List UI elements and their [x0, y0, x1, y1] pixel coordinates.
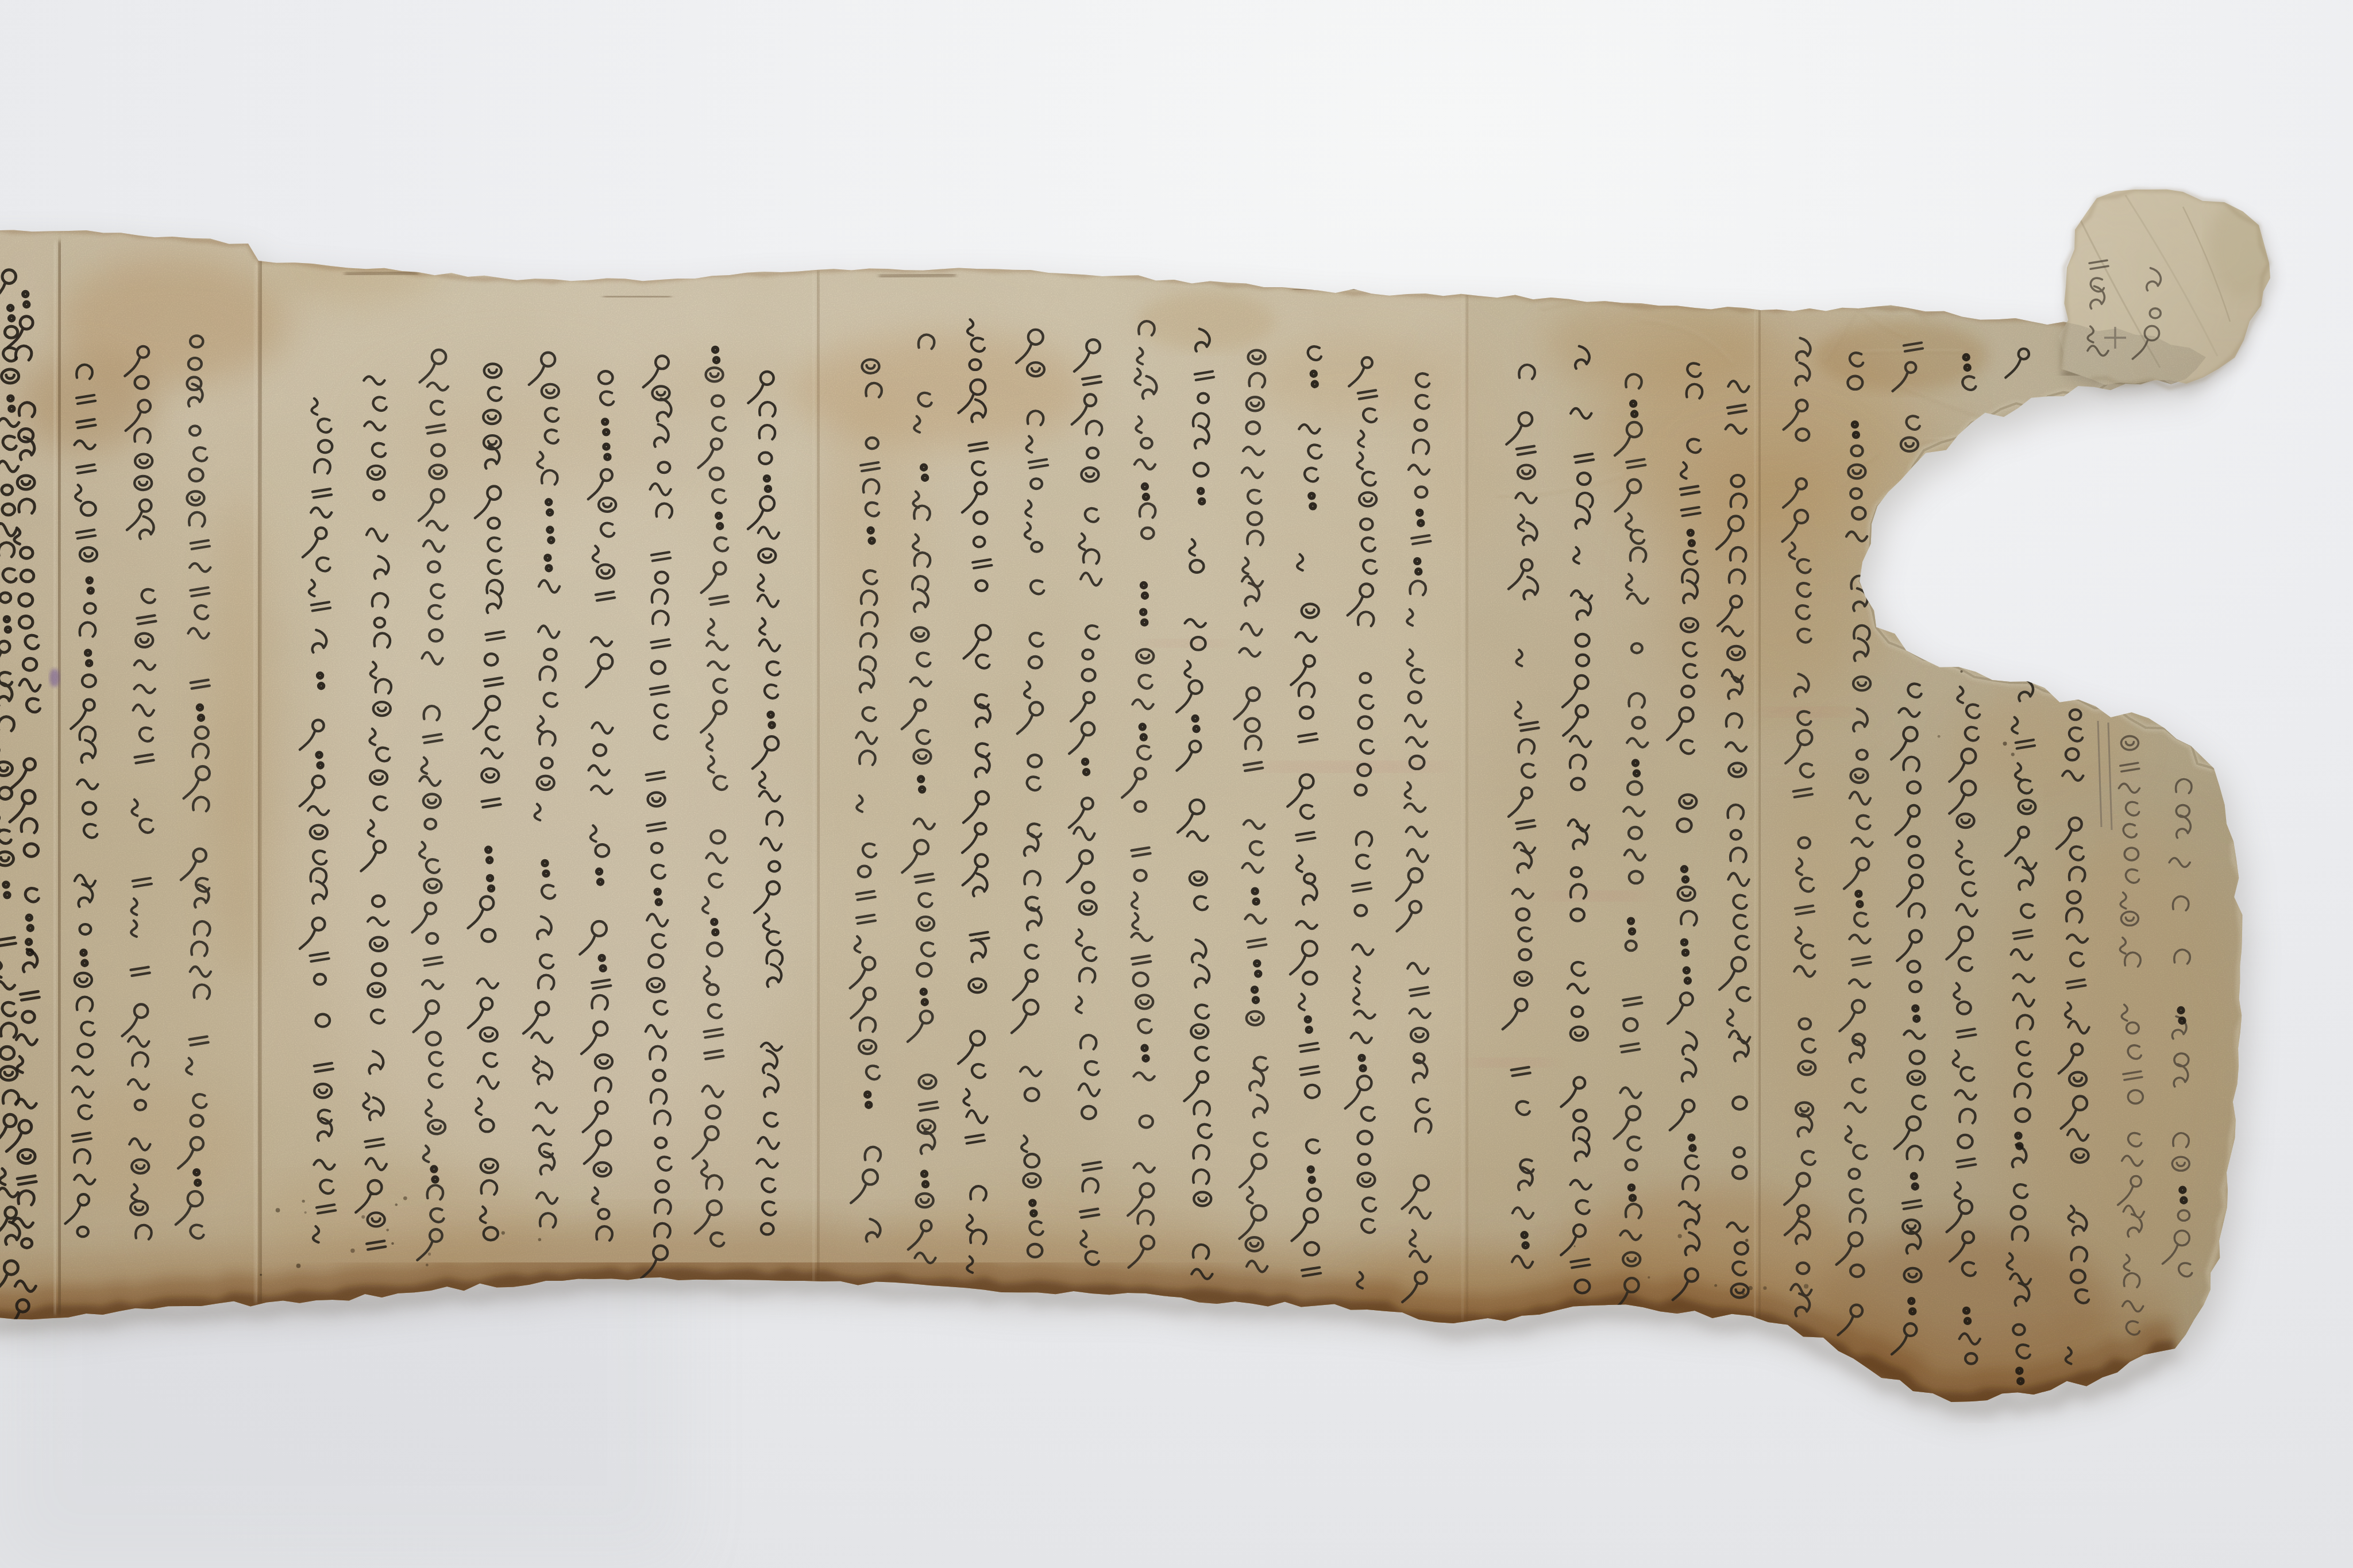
- manuscript-photo: [0, 0, 2353, 1568]
- photo-stage: aged folding-book manuscript with handwr…: [0, 0, 2353, 1568]
- grain-overlay: [0, 172, 2292, 1465]
